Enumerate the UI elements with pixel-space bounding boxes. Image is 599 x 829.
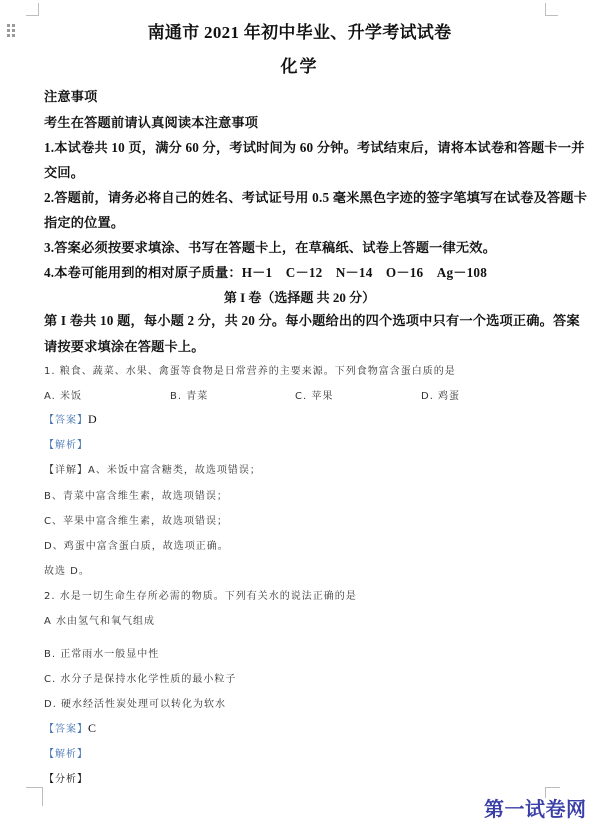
question-1-detail-b: B、青菜中富含维生素，故选项错误；	[44, 487, 228, 502]
notice-2-line-1: 2.答题前，请务必将自己的姓名、考试证号用 0.5 毫米黑色字迹的签字笔填写在试…	[44, 187, 587, 206]
question-2-option-a: A 水由氢气和氧气组成	[44, 612, 155, 627]
question-1-detail-d: D、鸡蛋中富含蛋白质，故选项正确。	[44, 537, 229, 552]
question-2-analysis-label: 【解析】	[44, 745, 88, 760]
section-title: 第 I 卷（选择题 共 20 分）	[0, 287, 599, 306]
notice-2-line-2: 指定的位置。	[44, 212, 124, 231]
question-2-sub-label: 【分析】	[44, 770, 88, 785]
notice-1-line-2: 交回。	[44, 162, 84, 181]
question-1-analysis-label: 【解析】	[44, 436, 88, 451]
question-2-option-b: B. 正常雨水一般显中性	[44, 645, 159, 660]
notice-4: 4.本卷可能用到的相对原子质量：H－1 C－12 N－14 O－16 Ag－10…	[44, 262, 487, 281]
question-2-option-c: C. 水分子是保持水化学性质的最小粒子	[44, 670, 236, 685]
answer-label: 【答案】	[44, 415, 88, 426]
page-corner-top-left	[26, 3, 39, 16]
watermark-logo: 第一试卷网	[484, 793, 587, 822]
document-subtitle: 化学	[0, 52, 599, 77]
page-corner-top-right	[545, 3, 558, 16]
question-1-answer: 【答案】D	[44, 411, 98, 427]
question-2-option-d: D. 硬水经活性炭处理可以转化为软水	[44, 695, 226, 710]
answer-value: C	[88, 721, 97, 735]
question-1-option-d: D. 鸡蛋	[421, 387, 460, 402]
notice-1-line-1: 1.本试卷共 10 页，满分 60 分，考试时间为 60 分钟。考试结束后，请将…	[44, 137, 585, 156]
question-1-option-b: B. 青菜	[170, 387, 208, 402]
question-2-stem: 2. 水是一切生命生存所必需的物质。下列有关水的说法正确的是	[44, 587, 357, 602]
question-2-answer: 【答案】C	[44, 720, 97, 736]
question-1-detail-c: C、苹果中富含维生素，故选项错误；	[44, 512, 228, 527]
detail-line-a: A、米饭中富含糖类，故选项错误；	[88, 465, 261, 476]
answer-value: D	[88, 412, 98, 426]
notice-3: 3.答案必须按要求填涂、书写在答题卡上，在草稿纸、试卷上答题一律无效。	[44, 237, 496, 256]
question-1-option-c: C. 苹果	[295, 387, 333, 402]
answer-label: 【答案】	[44, 724, 88, 735]
page-corner-bottom-left	[26, 787, 43, 806]
detail-label: 【详解】	[44, 465, 88, 476]
question-1-detail: 【详解】A、米饭中富含糖类，故选项错误；	[44, 461, 261, 476]
notice-intro: 考生在答题前请认真阅读本注意事项	[44, 112, 258, 131]
document-title: 南通市 2021 年初中毕业、升学考试试卷	[0, 18, 599, 43]
section-intro-line-2: 请按要求填涂在答题卡上。	[44, 336, 205, 355]
question-1-conclusion: 故选 D。	[44, 562, 90, 577]
notice-heading: 注意事项	[44, 86, 98, 105]
question-1-option-a: A. 米饭	[44, 387, 82, 402]
question-1-stem: 1. 粮食、蔬菜、水果、禽蛋等食物是日常营养的主要来源。下列食物富含蛋白质的是	[44, 362, 456, 377]
section-intro-line-1: 第 I 卷共 10 题，每小题 2 分，共 20 分。每小题给出的四个选项中只有…	[44, 310, 580, 329]
